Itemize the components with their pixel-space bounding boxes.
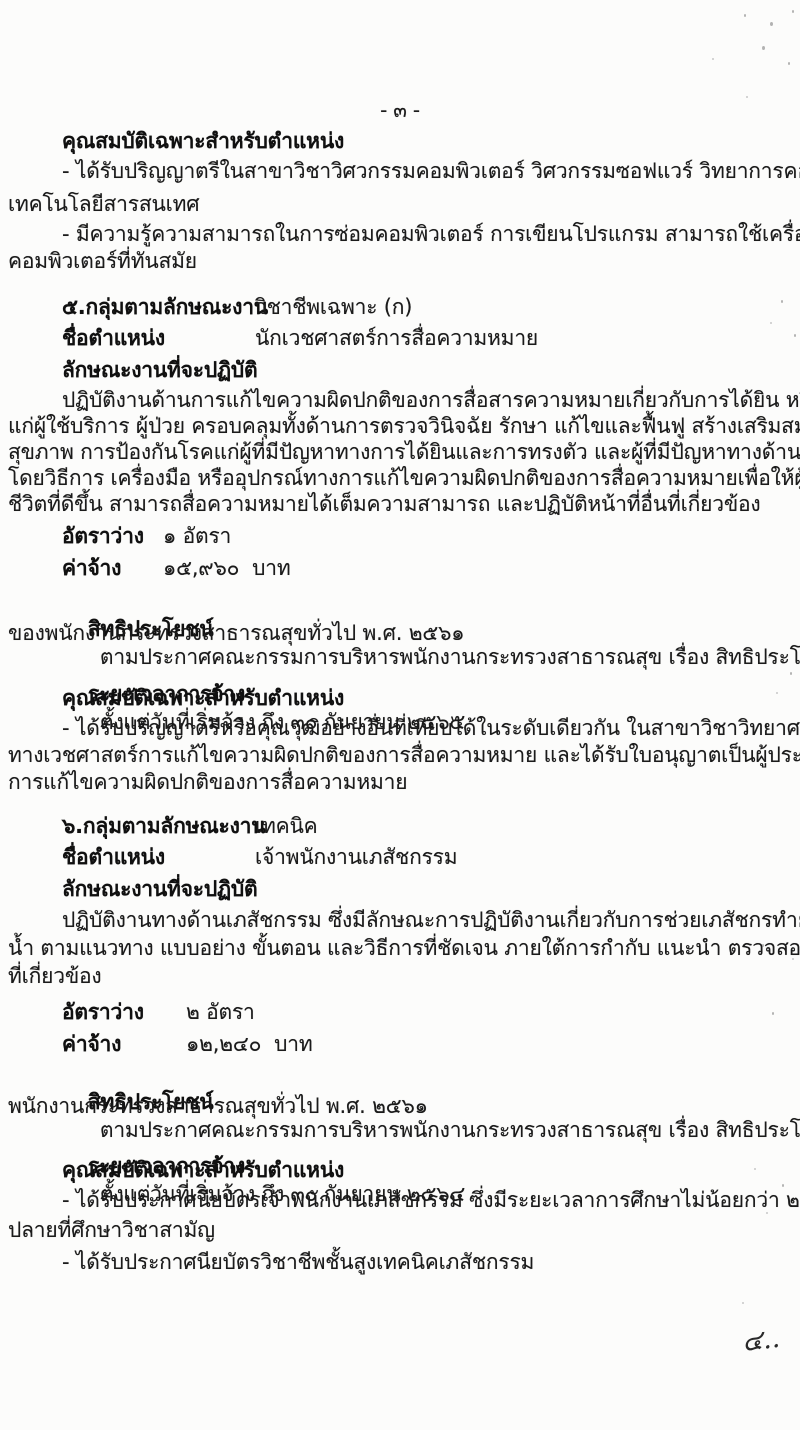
position4-bullet1-line1: - ได้รับปริญญาตรีในสาขาวิชาวิศวกรรมคอมพิ…	[0, 157, 800, 185]
position6-title-label: ชื่อตำแหน่ง	[62, 843, 165, 871]
scan-speck	[762, 46, 765, 50]
position5-title-value: นักเวชศาสตร์การสื่อความหมาย	[255, 324, 538, 352]
position5-benefits-line2: ของพนักงานกระทรวงสาธารณสุขทั่วไป พ.ศ. ๒๕…	[0, 619, 800, 647]
position6-qual1-line2: ปลายที่ศึกษาวิชาสามัญ	[0, 1216, 800, 1244]
page-continuation-mark: ๔..	[740, 1316, 783, 1363]
position6-wage-value: ๑๒,๒๔๐ บาท	[186, 1030, 313, 1058]
scan-speck	[754, 1168, 756, 1170]
position6-qual1-line1: - ได้รับประกาศนียบัตรเจ้าพนักงานเภสัชกรร…	[0, 1186, 800, 1214]
position4-qualification-heading: คุณสมบัติเฉพาะสำหรับตำแหน่ง	[0, 127, 800, 155]
position6-benefits-line2: พนักงานกระทรวงสาธารณสุขทั่วไป พ.ศ. ๒๕๖๑	[0, 1092, 800, 1120]
position4-bullet2-line2: คอมพิวเตอร์ที่ทันสมัย	[0, 247, 800, 275]
position6-group-label: ๖.กลุ่มตามลักษณะงาน	[62, 812, 265, 840]
scan-speck	[766, 1212, 768, 1214]
position5-duties-line3: สุขภาพ การป้องกันโรคแก่ผู้ที่มีปัญหาทางก…	[0, 438, 800, 466]
position5-duties-line1: ปฏิบัติงานด้านการแก้ไขความผิดปกติของการส…	[0, 386, 800, 414]
position6-vacancy-label: อัตราว่าง	[62, 998, 144, 1026]
scan-speck	[781, 300, 783, 303]
position5-group-label: ๕.กลุ่มตามลักษณะงาน	[62, 293, 268, 321]
position5-qualification-heading: คุณสมบัติเฉพาะสำหรับตำแหน่ง	[0, 684, 800, 712]
scan-speck	[788, 62, 790, 65]
position5-duties-line4: โดยวิธีการ เครื่องมือ หรืออุปกรณ์ทางการแ…	[0, 464, 800, 492]
position5-duties-line5: ชีวิตที่ดีขึ้น สามารถสื่อความหมายได้เต็ม…	[0, 490, 800, 518]
position5-wage-label: ค่าจ้าง	[62, 554, 121, 582]
scan-speck	[742, 1302, 744, 1304]
scan-speck	[770, 322, 772, 324]
position5-duties-line2: แก่ผู้ใช้บริการ ผู้ป่วย ครอบคลุมทั้งด้าน…	[0, 412, 800, 440]
position6-qualification-heading: คุณสมบัติเฉพาะสำหรับตำแหน่ง	[0, 1156, 800, 1184]
position4-bullet1-line2: เทคโนโลยีสารสนเทศ	[0, 190, 800, 218]
position5-title-label: ชื่อตำแหน่ง	[62, 324, 165, 352]
scan-speck	[794, 334, 796, 337]
scan-speck	[744, 14, 746, 17]
scan-speck	[790, 672, 792, 675]
position6-qual2-line1: - ได้รับประกาศนียบัตรวิชาชีพชั้นสูงเทคนิ…	[0, 1248, 800, 1276]
position6-duties-heading: ลักษณะงานที่จะปฏิบัติ	[0, 875, 800, 903]
scan-speck	[782, 1184, 784, 1187]
scan-speck	[772, 1012, 774, 1015]
position6-vacancy-value: ๒ อัตรา	[186, 998, 255, 1026]
scan-speck	[792, 10, 794, 13]
position6-duties-line2: น้ำ ตามแนวทาง แบบอย่าง ขั้นตอน และวิธีกา…	[0, 934, 800, 962]
scan-speck	[770, 22, 773, 26]
position6-duties-line3: ที่เกี่ยวข้อง	[0, 962, 800, 990]
position5-vacancy-value: ๑ อัตรา	[163, 522, 231, 550]
position5-qual-line1: - ได้รับปริญญาตรีหรือคุณวุฒิอย่างอื่นที่…	[0, 714, 800, 742]
position6-title-value: เจ้าพนักงานเภสัชกรรม	[255, 843, 457, 871]
position4-bullet2-line1: - มีความรู้ความสามารถในการซ่อมคอมพิวเตอร…	[0, 220, 800, 248]
position5-qual-line3: การแก้ไขความผิดปกติของการสื่อความหมาย	[0, 768, 800, 796]
scan-speck	[746, 96, 748, 98]
scan-speck	[762, 944, 764, 947]
position6-group-value: เทคนิค	[255, 812, 317, 840]
scan-speck	[792, 958, 794, 960]
position5-qual-line2: ทางเวชศาสตร์การแก้ไขความผิดปกติของการสื่…	[0, 741, 800, 769]
position6-duties-line1: ปฏิบัติงานทางด้านเภสัชกรรม ซึ่งมีลักษณะก…	[0, 906, 800, 934]
page-number: - ๓ -	[0, 96, 800, 124]
scan-speck	[712, 58, 714, 60]
position6-wage-label: ค่าจ้าง	[62, 1030, 121, 1058]
scanned-document-page: - ๓ - คุณสมบัติเฉพาะสำหรับตำแหน่ง - ได้ร…	[0, 0, 800, 1430]
scan-speck	[768, 656, 770, 658]
position5-group-value: วิชาชีพเฉพาะ (ก)	[255, 293, 412, 321]
position5-duties-heading: ลักษณะงานที่จะปฏิบัติ	[0, 356, 800, 384]
position5-vacancy-label: อัตราว่าง	[62, 522, 144, 550]
scan-speck	[776, 692, 778, 694]
position5-wage-value: ๑๕,๙๖๐ บาท	[163, 554, 291, 582]
